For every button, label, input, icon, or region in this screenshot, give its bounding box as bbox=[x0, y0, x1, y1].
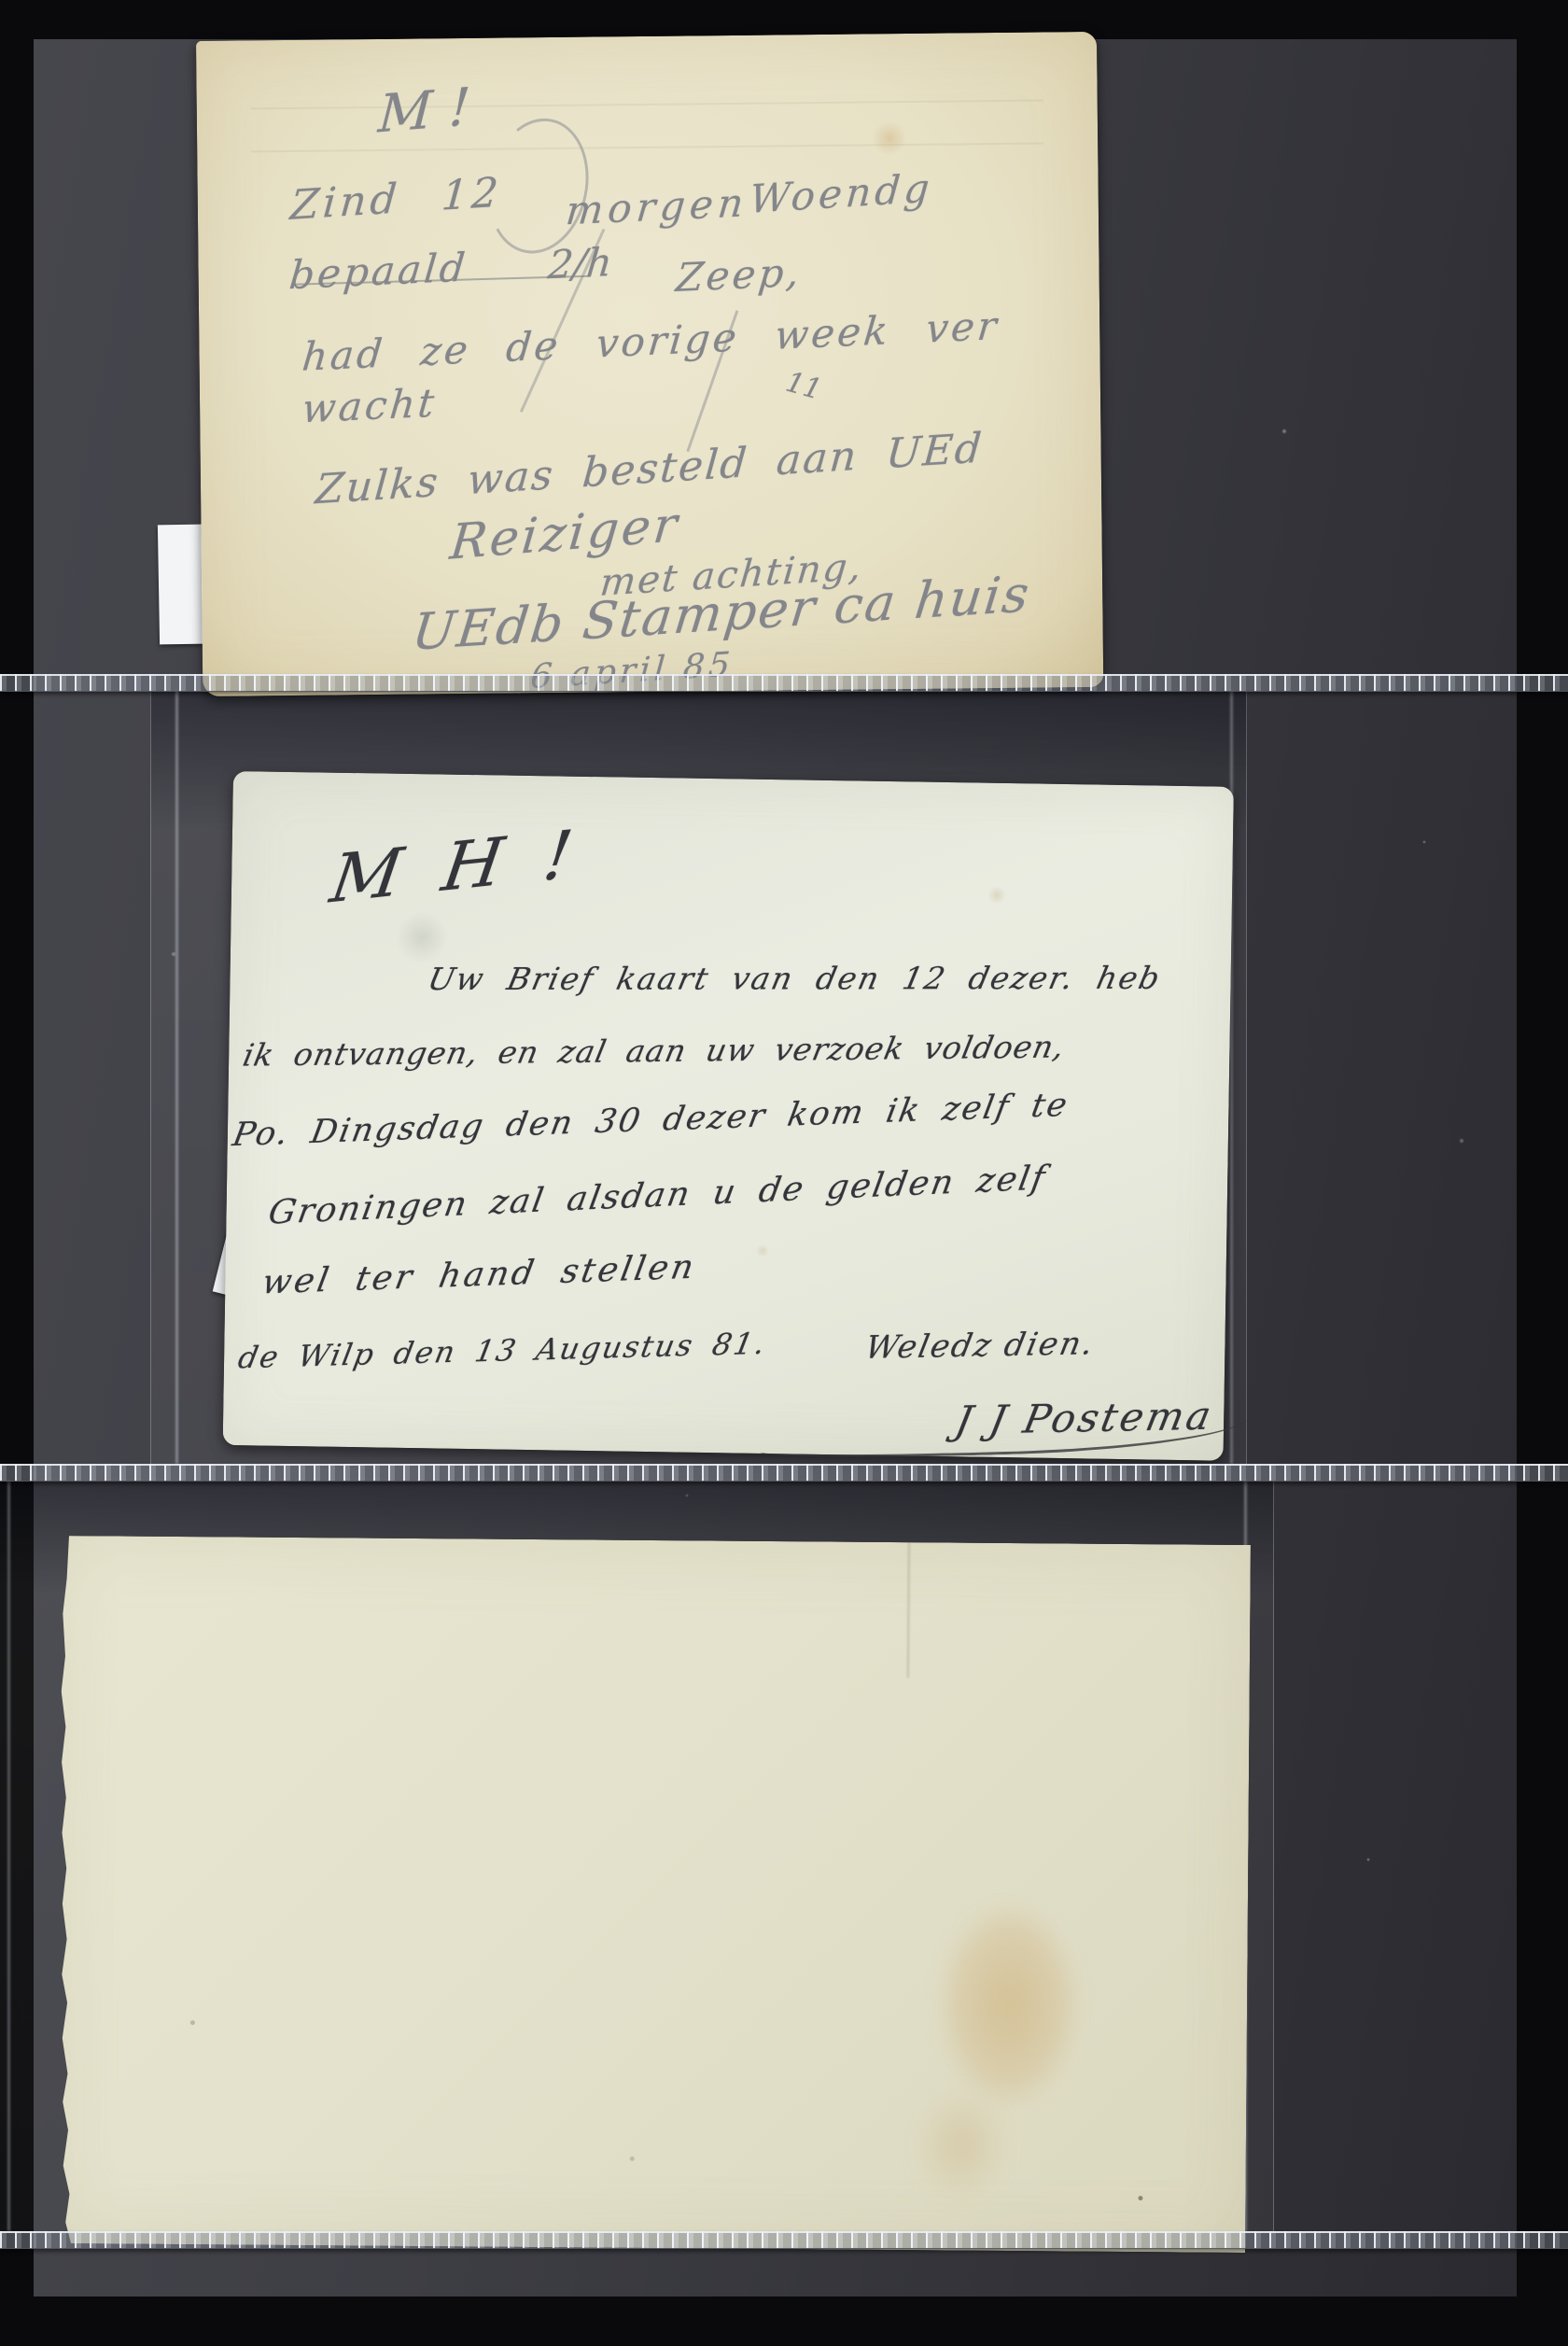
paper-speck bbox=[1138, 2196, 1142, 2200]
handwriting-line: Uw Brief kaart van den 12 dezer. heb bbox=[426, 962, 1165, 994]
handwriting-line: M ! bbox=[377, 82, 472, 142]
handwriting-line: Zeep, bbox=[674, 253, 804, 298]
handwriting-dateline: de Wilp den 13 Augustus 81. bbox=[236, 1328, 769, 1372]
blank-aged-document bbox=[50, 1536, 1251, 2253]
white-index-tab-top bbox=[158, 525, 203, 645]
ink-signature-flourish bbox=[759, 1408, 1250, 1462]
sleeve-weld-seam-bottom bbox=[0, 2231, 1568, 2249]
paper-showthrough-line bbox=[251, 99, 1043, 109]
sleeve-weld-seam-middle bbox=[0, 1464, 1568, 1482]
handwriting-line: M H ! bbox=[327, 820, 586, 912]
brown-stain-faint bbox=[895, 2065, 1027, 2225]
handwriting-line: Reiziger bbox=[448, 500, 682, 567]
handwriting-line: Groningen zal alsdan u de gelden zelf bbox=[266, 1162, 1049, 1230]
paper-crease-line bbox=[907, 1542, 910, 1678]
handwriting-line: morgen bbox=[565, 183, 750, 231]
handwriting-line: Zind 12 bbox=[288, 173, 503, 227]
handwriting-line: Woendg bbox=[749, 169, 935, 219]
ink-postcard: M H ! Uw Brief kaart van den 12 dezer. h… bbox=[223, 771, 1234, 1461]
handwriting-line: Po. Dingsdag den 30 dezer kom ik zelf te bbox=[230, 1089, 1071, 1152]
sleeve-weld-seam-top bbox=[0, 674, 1568, 692]
paper-showthrough-line bbox=[251, 142, 1043, 152]
photo-of-album-page: M ! Zind 12 morgen Woendg bepaald 2/h Ze… bbox=[0, 0, 1568, 2346]
handwriting-line: wel ter hand stellen bbox=[259, 1251, 699, 1300]
handwriting-closing: Weledz dien. bbox=[862, 1328, 1098, 1364]
paper-speck bbox=[630, 2156, 635, 2161]
handwriting-line: ik ontvangen, en zal aan uw verzoek vold… bbox=[241, 1032, 1068, 1071]
handwriting-line: had ze de vorige week ver bbox=[301, 306, 1001, 377]
handwriting-line: bepaald bbox=[287, 248, 469, 296]
paper-speck bbox=[190, 2020, 195, 2025]
handwriting-line: 2/h bbox=[546, 243, 613, 285]
handwriting-mark: 11 bbox=[783, 369, 825, 405]
pencil-postcard: M ! Zind 12 morgen Woendg bepaald 2/h Ze… bbox=[196, 32, 1103, 696]
handwriting-line: wacht bbox=[301, 384, 439, 429]
